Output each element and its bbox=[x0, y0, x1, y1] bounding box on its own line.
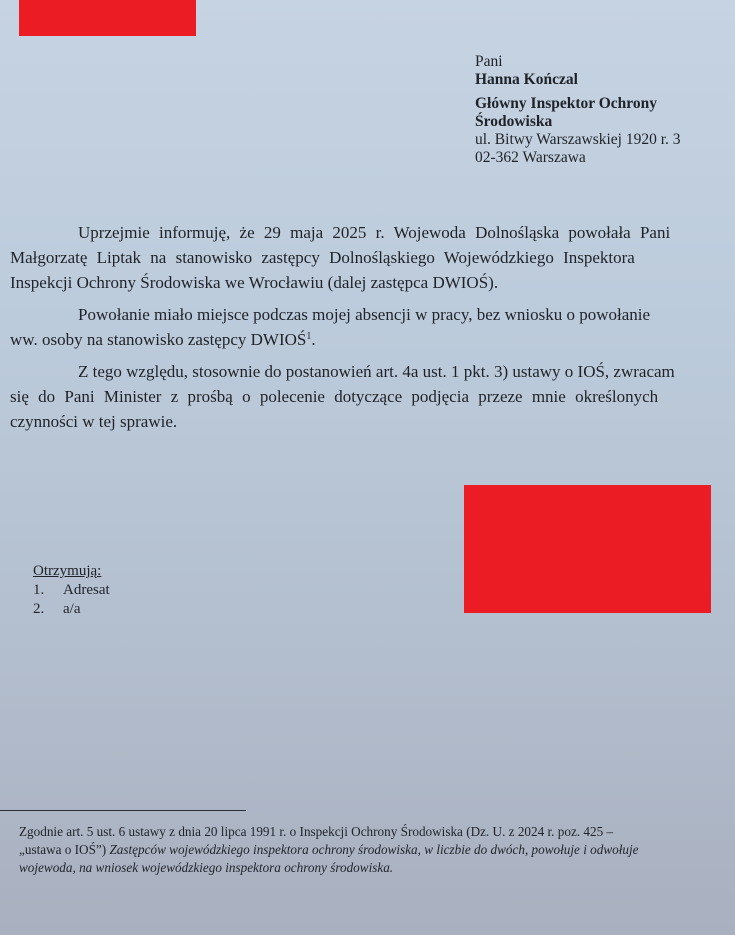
paragraph-2-line-2-end: . bbox=[311, 330, 315, 349]
paragraph-2-line-2-text: ww. osoby na stanowisko zastępcy DWIOŚ bbox=[10, 330, 306, 349]
paragraph-1-line-1: Uprzejmie informuję, że 29 maja 2025 r. … bbox=[10, 220, 735, 245]
paragraph-3-line-1: Z tego względu, stosownie do postanowień… bbox=[10, 359, 735, 384]
footnote: Zgodnie art. 5 ust. 6 ustawy z dnia 20 l… bbox=[19, 823, 639, 877]
footnote-line-3: wojewoda, na wniosek wojewódzkiego inspe… bbox=[19, 859, 639, 877]
footnote-line-1: Zgodnie art. 5 ust. 6 ustawy z dnia 20 l… bbox=[19, 823, 639, 841]
paragraph-1: Uprzejmie informuję, że 29 maja 2025 r. … bbox=[10, 220, 735, 295]
recipient-city: 02-362 Warszawa bbox=[475, 149, 681, 167]
paragraph-2-line-2: ww. osoby na stanowisko zastępcy DWIOŚ1. bbox=[10, 327, 735, 352]
recipient-label: a/a bbox=[63, 600, 80, 619]
recipient-number: 2. bbox=[33, 600, 63, 619]
signature-redaction bbox=[464, 485, 711, 613]
recipient-item: 1. Adresat bbox=[33, 581, 110, 600]
recipient-name: Hanna Kończal bbox=[475, 71, 681, 89]
footnote-line-2-italic: Zastępców wojewódzkiego inspektora ochro… bbox=[109, 842, 638, 857]
recipient-item: 2. a/a bbox=[33, 600, 110, 619]
salutation: Pani bbox=[475, 53, 681, 71]
paragraph-2-line-1: Powołanie miało miejsce podczas mojej ab… bbox=[10, 302, 735, 327]
recipients-title: Otrzymują: bbox=[33, 562, 110, 581]
paragraph-3: Z tego względu, stosownie do postanowień… bbox=[10, 359, 735, 434]
recipient-title-line2: Środowiska bbox=[475, 113, 681, 131]
header-redaction bbox=[19, 0, 196, 36]
footnote-line-3-italic: wojewoda, na wniosek wojewódzkiego inspe… bbox=[19, 860, 393, 875]
paragraph-3-line-3: czynności w tej sprawie. bbox=[10, 409, 735, 434]
paragraph-2: Powołanie miało miejsce podczas mojej ab… bbox=[10, 302, 735, 352]
recipients-list: Otrzymują: 1. Adresat 2. a/a bbox=[33, 562, 110, 619]
recipient-address: Pani Hanna Kończal Główny Inspektor Ochr… bbox=[475, 53, 681, 167]
recipient-label: Adresat bbox=[63, 581, 110, 600]
footnote-divider bbox=[0, 810, 246, 811]
paragraph-1-line-3: Inspekcji Ochrony Środowiska we Wrocławi… bbox=[10, 270, 735, 295]
paragraph-1-line-2: Małgorzatę Liptak na stanowisko zastępcy… bbox=[10, 245, 735, 270]
recipient-title-line1: Główny Inspektor Ochrony bbox=[475, 95, 681, 113]
recipient-number: 1. bbox=[33, 581, 63, 600]
recipient-street: ul. Bitwy Warszawskiej 1920 r. 3 bbox=[475, 131, 681, 149]
paragraph-3-line-2: się do Pani Minister z prośbą o poleceni… bbox=[10, 384, 735, 409]
footnote-line-2: „ustawa o IOŚ”) Zastępców wojewódzkiego … bbox=[19, 841, 639, 859]
footnote-line-2-plain: „ustawa o IOŚ”) bbox=[19, 842, 109, 857]
letter-body: Uprzejmie informuję, że 29 maja 2025 r. … bbox=[10, 220, 735, 441]
